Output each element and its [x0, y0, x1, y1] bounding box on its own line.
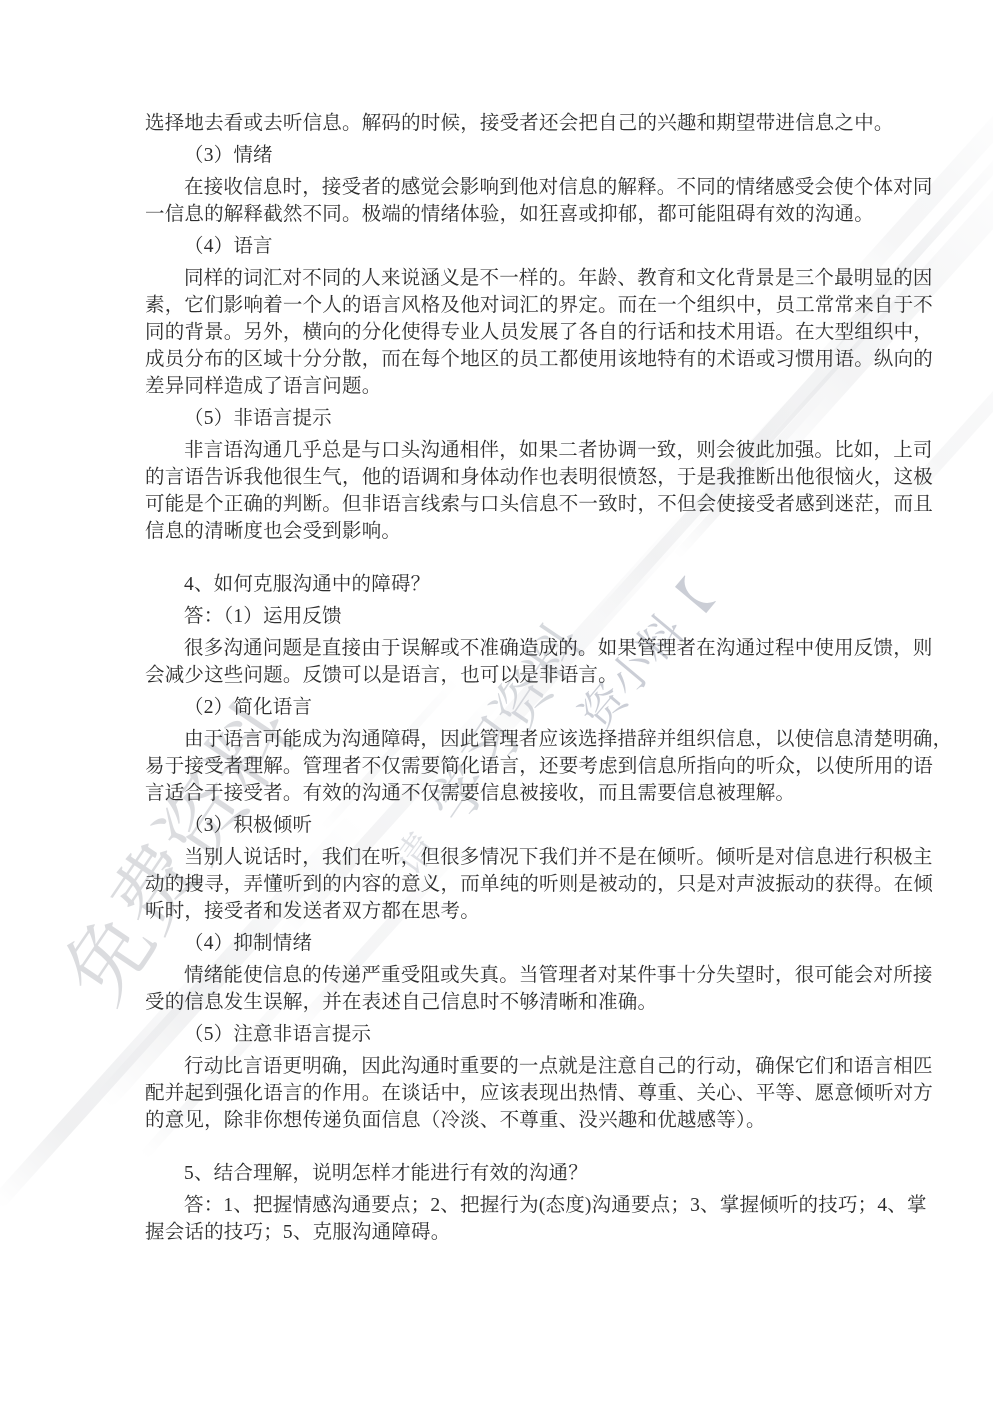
text-line: 受的信息发生误解，并在表述自己信息时不够清晰和准确。	[145, 989, 857, 1016]
text-line: 会减少这些问题。反馈可以是语言，也可以是非语言。	[145, 662, 857, 689]
text-line: 一信息的解释截然不同。极端的情绪体验，如狂喜或抑郁，都可能阻碍有效的沟通。	[145, 201, 857, 228]
text-line: 非言语沟通几乎总是与口头沟通相伴，如果二者协调一致，则会彼此加强。比如，上司	[145, 437, 857, 464]
text-line: 听时，接受者和发送者双方都在思考。	[145, 898, 857, 925]
answer-4-heading-4: （4）抑制情绪	[145, 930, 857, 957]
text-line: 同的背景。另外，横向的分化使得专业人员发展了各自的行话和技术用语。在大型组织中，	[145, 319, 857, 346]
heading-4-language: （4）语言	[145, 233, 857, 260]
text-line: 选择地去看或去听信息。解码的时候，接受者还会把自己的兴趣和期望带进信息之中。	[145, 110, 857, 137]
heading-3-emotion: （3）情绪	[145, 142, 857, 169]
text-line: 成员分布的区域十分分散，而在每个地区的员工都使用该地特有的术语或习惯用语。纵向的	[145, 346, 857, 373]
answer-4-heading-2: （2）简化语言	[145, 694, 857, 721]
answer-4-heading-5: （5）注意非语言提示	[145, 1021, 857, 1048]
text-line: 动的搜寻，弄懂听到的内容的意义，而单纯的听则是被动的，只是对声波振动的获得。在倾	[145, 871, 857, 898]
text-line: 易于接受者理解。管理者不仅需要简化语言，还要考虑到信息所指向的听众，以使所用的语	[145, 753, 857, 780]
answer-4-heading-3: （3）积极倾听	[145, 812, 857, 839]
text-line: 差异同样造成了语言问题。	[145, 373, 857, 400]
text-line: 素，它们影响着一个人的语言风格及他对词汇的界定。而在一个组织中，员工常常来自于不	[145, 292, 857, 319]
text-line: 的言语告诉我他很生气，他的语调和身体动作也表明很愤怒，于是我推断出他很恼火，这极	[145, 464, 857, 491]
text-line: 信息的清晰度也会受到影响。	[145, 518, 857, 545]
text-line: 同样的词汇对不同的人来说涵义是不一样的。年龄、教育和文化背景是三个最明显的因	[145, 265, 857, 292]
text-line: 情绪能使信息的传递严重受阻或失真。当管理者对某件事十分失望时，很可能会对所接	[145, 962, 857, 989]
text-line: 配并起到强化语言的作用。在谈话中，应该表现出热情、尊重、关心、平等、愿意倾听对方	[145, 1080, 857, 1107]
text-line: 很多沟通问题是直接由于误解或不准确造成的。如果管理者在沟通过程中使用反馈，则	[145, 635, 857, 662]
text-line: 言适合于接受者。有效的沟通不仅需要信息被接收，而且需要信息被理解。	[145, 780, 857, 807]
text-line: 行动比言语更明确，因此沟通时重要的一点就是注意自己的行动，确保它们和语言相匹	[145, 1053, 857, 1080]
document-page: 免费资料 学习资料 资小料【 请 选择地去看或去听信息。解码的时候，接受者还会把…	[0, 0, 993, 1404]
text-line: 当别人说话时，我们在听，但很多情况下我们并不是在倾听。倾听是对信息进行积极主	[145, 844, 857, 871]
text-line: 的意见，除非你想传递负面信息（冷淡、不尊重、没兴趣和优越感等）。	[145, 1107, 857, 1134]
text-line: 由于语言可能成为沟通障碍，因此管理者应该选择措辞并组织信息，以使信息清楚明确，	[145, 726, 857, 753]
question-4: 4、如何克服沟通中的障碍？	[145, 571, 857, 598]
answer-5: 答：1、把握情感沟通要点；2、把握行为(态度)沟通要点；3、掌握倾听的技巧；4、…	[145, 1192, 857, 1219]
question-5: 5、结合理解，说明怎样才能进行有效的沟通？	[145, 1160, 857, 1187]
heading-5-nonverbal: （5）非语言提示	[145, 405, 857, 432]
document-text: 选择地去看或去听信息。解码的时候，接受者还会把自己的兴趣和期望带进信息之中。（3…	[145, 110, 857, 1246]
text-line: 在接收信息时，接受者的感觉会影响到他对信息的解释。不同的情绪感受会使个体对同	[145, 174, 857, 201]
answer-4-heading-1: 答：（1）运用反馈	[145, 603, 857, 630]
text-line: 可能是个正确的判断。但非语言线索与口头信息不一致时，不但会使接受者感到迷茫，而且	[145, 491, 857, 518]
text-line: 握会话的技巧；5、克服沟通障碍。	[145, 1219, 857, 1246]
